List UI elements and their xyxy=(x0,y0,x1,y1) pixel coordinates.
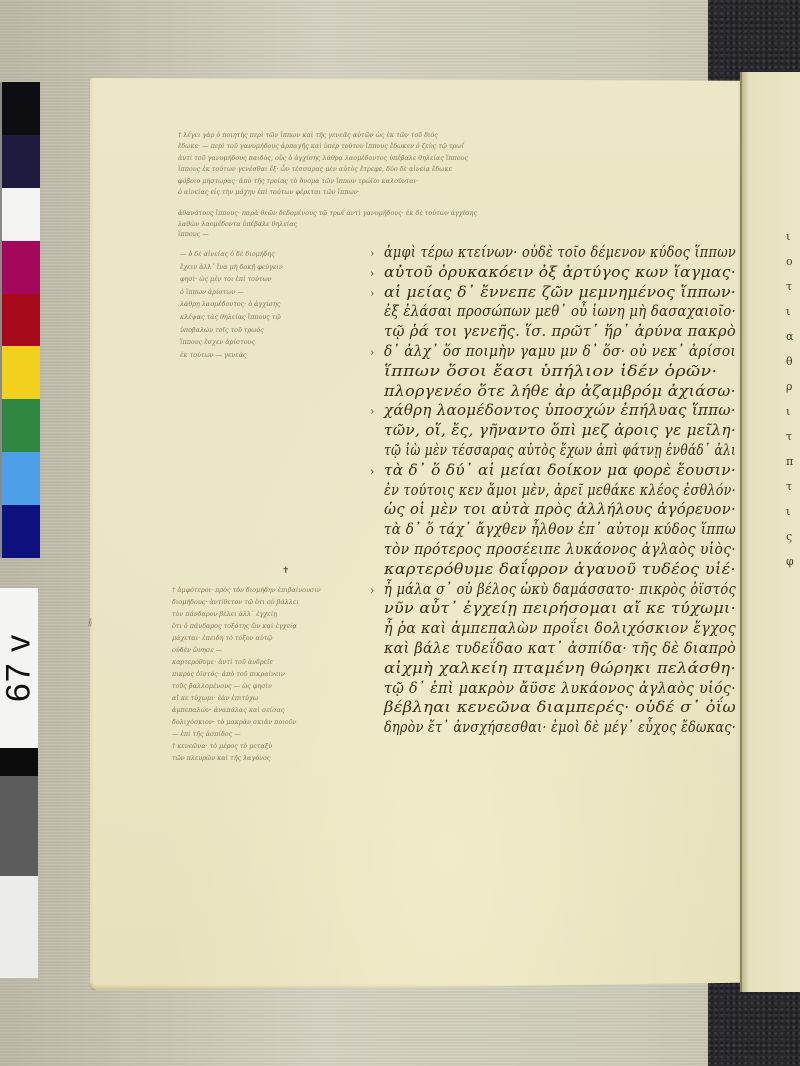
facing-char: ι xyxy=(786,305,794,318)
facing-char: ς xyxy=(786,530,794,543)
margin-note: ᾗ xyxy=(88,620,92,627)
scholia-line: ἀθανάτους ἵππους· παρὰ θεῶν δεδομένους τ… xyxy=(178,208,723,219)
scholia-line: ὁ ἵππων ἀρίστων — xyxy=(180,286,360,299)
text-line: ›αὐτοῦ ὀρυκακόειν ὀξ ἀρτύγος κων ἵαγμας· xyxy=(372,264,752,284)
scholia-line: ὅτι ὁ πάνδαρος τοξότης ὢν καὶ ἐγχείᾳ xyxy=(172,620,352,632)
text-line-content: ἦ ῥα καὶ ἀμπεπαλὼν προΐει δολιχόσκιον ἔγ… xyxy=(384,620,736,640)
scholia-line: λάθρῃ λαομέδοντος· ὁ ἀγχίσης xyxy=(180,298,360,311)
scholia-line: δολιχόσκιον· τὸ μακρὰν σκιὰν ποιοῦν xyxy=(172,716,352,728)
text-line-content: τῷ ἰὼ μὲν τέσσαρας αὐτὸς ἔχων ἀπὶ φάτνῃ … xyxy=(384,442,736,462)
swatch-red xyxy=(2,294,40,347)
text-line: τὸν πρότερος προσέειπε λυκάονος ἀγλαὸς υ… xyxy=(372,541,752,561)
gray-patch-black xyxy=(0,748,38,776)
text-line-content: καρτερόθυμε δαΐφρον ἀγαυοῦ τυδέος υἱέ· xyxy=(384,561,736,581)
scholia-line: αἴ κε τύχωμι· ἐὰν ἐπιτύχω xyxy=(172,692,352,704)
text-line: πλοργενέο ὅτε λήθε ἀρ ἀζαμβρόμ ἀχιάσω· xyxy=(372,383,752,403)
diple-marker-icon: › xyxy=(370,581,375,601)
facing-char: π xyxy=(786,455,794,468)
scholia-line: ἵππους ἐκ τούτων γενέσθαι ἕξ· ὧν τέσσαρα… xyxy=(178,164,723,175)
scholia-line: διομήδους· ἀντίθετον τῷ ὅτι οὐ βάλλει xyxy=(172,596,352,608)
scholia-line: καρτερόθυμε· ἀντὶ τοῦ ἀνδρεῖε xyxy=(172,656,352,668)
swatch-black xyxy=(2,82,40,135)
text-line: τῷ δ᾽ ἐπὶ μακρὸν ἄϋσε λυκάονος ἀγλαὸς υἱ… xyxy=(372,680,752,700)
swatch-green xyxy=(2,399,40,452)
text-line-content: βέβληαι κενεῶνα διαμπερές· οὐδέ σ᾽ ὀΐω xyxy=(384,699,736,719)
text-line-content: αὐτοῦ ὀρυκακόειν ὀξ ἀρτύγος κων ἵαγμας· xyxy=(384,264,736,284)
scholia-line: — ὁ δὲ αἰνείας ὁ δὲ διομήδης xyxy=(180,248,360,261)
scholia-top-continuation: ἀθανάτους ἵππους· παρὰ θεῶν δεδομένους τ… xyxy=(178,208,723,240)
scholia-line: — ἐπὶ τῆς ἀσπίδος — xyxy=(172,728,352,740)
text-line-content: τὰ δ᾽ ὅ τάχ᾽ ἄγχθεν ἦλθον ἐπ᾽ αὐτομ κύδο… xyxy=(384,521,736,541)
text-line: τῷ ἰὼ μὲν τέσσαρας αὐτὸς ἔχων ἀπὶ φάτνῃ … xyxy=(372,442,752,462)
scholia-line: † κενεῶνα· τὸ μέρος τὸ μεταξὺ xyxy=(172,740,352,752)
swatch-navy xyxy=(2,505,40,558)
text-line-content: ἐν τούτοις κεν ἄμοι μὲν, ἀρεῖ μεθάκε κλέ… xyxy=(384,482,736,502)
swatch-yellow xyxy=(2,346,40,399)
scholia-line: † λέγει γὰρ ὁ ποιητὴς περὶ τῶν ἵππων καὶ… xyxy=(178,130,723,141)
text-line-content: καὶ βάλε τυδεΐδαο κατ᾽ ἀσπίδα· τῆς δὲ δι… xyxy=(384,640,736,660)
text-line: βέβληαι κενεῶνα διαμπερές· οὐδέ σ᾽ ὀΐω xyxy=(372,699,752,719)
scholia-line: οὐδὲν ὤνησε — xyxy=(172,644,352,656)
facing-char: ο xyxy=(786,255,794,268)
text-line: ›ἦ μάλα σ᾽ οὐ βέλος ὠκὺ δαμάσσατο· πικρὸ… xyxy=(372,581,752,601)
scholia-line: † ἀμφότεροι· πρὸς τὸν διομήδην ἐπιβαίνου… xyxy=(172,584,352,596)
scholia-line: ἵππους ἔσχεν ἀρίστους xyxy=(180,336,360,349)
diple-marker-icon: › xyxy=(370,244,375,264)
facing-char: τ xyxy=(786,480,794,493)
diple-marker-icon: › xyxy=(370,402,375,422)
text-line-content: τῷ ῥά τοι γενεῆς. ἵσ. πρῶτ᾽ ἥρ᾽ ἀρύνα πα… xyxy=(384,323,736,343)
diple-marker-icon: › xyxy=(370,343,375,363)
text-line: καὶ βάλε τυδεΐδαο κατ᾽ ἀσπίδα· τῆς δὲ δι… xyxy=(372,640,752,660)
scholia-line: κλέψας τὰς θηλείας ἵππους τῷ xyxy=(180,311,360,324)
text-line-content: ἦ μάλα σ᾽ οὐ βέλος ὠκὺ δαμάσσατο· πικρὸς… xyxy=(384,581,736,601)
facing-char: θ xyxy=(786,355,794,368)
text-line: καρτερόθυμε δαΐφρον ἀγαυοῦ τυδέος υἱέ· xyxy=(372,561,752,581)
text-line-content: αἱ μείας δ᾽ ἔννεπε ζῶν μεμνημένος ἵππων· xyxy=(384,284,736,304)
diple-marker-icon: › xyxy=(370,462,375,482)
scholia-line: ἔδωκε· — περὶ τοῦ γανυμήδους ἁρπαγῆς καὶ… xyxy=(178,141,723,152)
text-line-content: νῦν αὖτ᾽ ἐγχείῃ πειρήσομαι αἴ κε τύχωμι· xyxy=(384,600,736,620)
text-line-content: τὰ δ᾽ ὅ δύ᾽ αἰ μείαι δοίκον μα φορὲ ἔουσ… xyxy=(384,462,736,482)
scholia-line: ἵππους — xyxy=(178,229,723,240)
scholia-line: μάχεται· ἐπειδὴ τὸ τόξον αὐτῷ xyxy=(172,632,352,644)
scholia-line: φησὶ· ὡς μέν τοι ἐπὶ τούτων xyxy=(180,273,360,286)
text-line-content: αἰχμὴ χαλκείη πταμένη θώρηκι πελάσθη· xyxy=(384,660,736,680)
swatch-magenta xyxy=(2,241,40,294)
facing-char: τ xyxy=(786,280,794,293)
text-line: ἐξ ἐλάσαι προσώπων μεθ᾽ οὖ ἰωνη μὴ δασαχ… xyxy=(372,303,752,323)
facing-char: ι xyxy=(786,505,794,518)
scholia-line: τῶν πλευρῶν καὶ τῆς λαγόνος xyxy=(172,752,352,764)
scholia-left-upper: — ὁ δὲ αἰνείας ὁ δὲ διομήδηςἔχειν ἀλλ᾽ ἵ… xyxy=(180,248,360,361)
text-line: ›τὰ δ᾽ ὅ δύ᾽ αἰ μείαι δοίκον μα φορὲ ἔου… xyxy=(372,462,752,482)
text-line-content: ἐξ ἐλάσαι προσώπων μεθ᾽ οὖ ἰωνη μὴ δασαχ… xyxy=(384,303,736,323)
text-line: ὡς οἱ μὲν τοι αὐτὰ πρὸς ἀλλήλους ἀγόρευο… xyxy=(372,501,752,521)
scholia-line: τοὺς βαλλομένους — ὡς φησὶν xyxy=(172,680,352,692)
scholia-line: ἐκ τούτων — γενεάς xyxy=(180,349,360,362)
text-line: ›αἱ μείας δ᾽ ἔννεπε ζῶν μεμνημένος ἵππων… xyxy=(372,284,752,304)
folio-number: 67 v xyxy=(0,634,39,702)
diple-marker-icon: › xyxy=(370,264,375,284)
scholia-top: † λέγει γὰρ ὁ ποιητὴς περὶ τῶν ἵππων καὶ… xyxy=(178,130,723,198)
folio-label-strip: 67 v xyxy=(0,588,38,978)
text-line: τῶν, οἵ, ἔς, γῆναντο ὅπὶ μεζ ἀροις γε με… xyxy=(372,422,752,442)
text-line-content: δηρὸν ἔτ᾽ ἀνσχήσεσθαι· ἐμοὶ δὲ μέγ᾽ εὖχο… xyxy=(384,719,736,739)
facing-char: ι xyxy=(786,405,794,418)
facing-char: ρ xyxy=(786,380,794,393)
text-line: τῷ ῥά τοι γενεῆς. ἵσ. πρῶτ᾽ ἥρ᾽ ἀρύνα πα… xyxy=(372,323,752,343)
text-line-content: χάθρη λαομέδοντος ὑποσχών ἐπήλυας ἵππω· xyxy=(384,402,736,422)
facing-char: φ xyxy=(786,555,794,568)
text-line-content: πλοργενέο ὅτε λήθε ἀρ ἀζαμβρόμ ἀχιάσω· xyxy=(384,383,736,403)
scholia-line: τὸν πάνδαρον βέλει ἀλλ᾽ ἐγχείῃ xyxy=(172,608,352,620)
text-line: ›χάθρη λαομέδοντος ὑποσχών ἐπήλυας ἵππω· xyxy=(372,402,752,422)
diple-marker-icon: › xyxy=(370,284,375,304)
scholia-left-lower: † ἀμφότεροι· πρὸς τὸν διομήδην ἐπιβαίνου… xyxy=(172,584,352,764)
scholia-line: λαθὼν λαομέδοντα ὑπέβαλε θηλείας xyxy=(178,219,723,230)
scholia-line: ἔχειν ἀλλ᾽ ἵνα μὴ δοκῇ φεύγειν xyxy=(180,261,360,274)
facing-char: τ xyxy=(786,430,794,443)
cross-mark-icon: ✝ xyxy=(282,566,290,576)
text-line: αἰχμὴ χαλκείη πταμένη θώρηκι πελάσθη· xyxy=(372,660,752,680)
text-line-content: ἀμφὶ τέρω κτείνων· οὐδὲ τοῖο δέμενον κύδ… xyxy=(384,244,736,264)
facing-char: α xyxy=(786,330,794,343)
facing-char: ι xyxy=(786,230,794,243)
scholia-line: φόβοιο μήστωρας· ἀπὸ τῆς τροίας τὸ ὄνομα… xyxy=(178,176,723,187)
text-line-content: τῶν, οἵ, ἔς, γῆναντο ὅπὶ μεζ ἀροις γε με… xyxy=(384,422,736,442)
scholia-line: ἀμπεπαλών· ἀναπάλας καὶ σείσας xyxy=(172,704,352,716)
text-line-content: ἵππων ὅσοι ἔασι ὑπήλιον ἱδέν ὁρῶν· xyxy=(384,363,717,383)
text-line-content: ὡς οἱ μὲν τοι αὐτὰ πρὸς ἀλλήλους ἀγόρευο… xyxy=(384,501,736,521)
text-line: δηρὸν ἔτ᾽ ἀνσχήσεσθαι· ἐμοὶ δὲ μέγ᾽ εὖχο… xyxy=(372,719,752,739)
scholia-line: ὑποβαλών τοῖς τοῦ τρωός xyxy=(180,324,360,337)
text-line: ἦ ῥα καὶ ἀμπεπαλὼν προΐει δολιχόσκιον ἔγ… xyxy=(372,620,752,640)
text-line: νῦν αὖτ᾽ ἐγχείῃ πειρήσομαι αἴ κε τύχωμι· xyxy=(372,600,752,620)
text-line: ἵππων ὅσοι ἔασι ὑπήλιον ἱδέν ὁρῶν· xyxy=(372,363,752,383)
text-line-content: τὸν πρότερος προσέειπε λυκάονος ἀγλαὸς υ… xyxy=(384,541,736,561)
color-calibration-strip xyxy=(0,82,40,558)
text-line: ›ἀμφὶ τέρω κτείνων· οὐδὲ τοῖο δέμενον κύ… xyxy=(372,244,752,264)
swatch-cyan-blue xyxy=(2,452,40,505)
swatch-white xyxy=(2,188,40,241)
scholia-line: ὁ αἰνείας εἰς τὴν μάχην ἐπὶ τούτων φέρετ… xyxy=(178,187,723,198)
text-line: ἐν τούτοις κεν ἄμοι μὲν, ἀρεῖ μεθάκε κλέ… xyxy=(372,482,752,502)
text-line: τὰ δ᾽ ὅ τάχ᾽ ἄγχθεν ἦλθον ἐπ᾽ αὐτομ κύδο… xyxy=(372,521,752,541)
swatch-dark-violet xyxy=(2,135,40,188)
facing-page-text: ιοτιαθριτπτιςφ xyxy=(786,230,794,568)
text-line-content: τῷ δ᾽ ἐπὶ μακρὸν ἄϋσε λυκάονος ἀγλαὸς υἱ… xyxy=(384,680,736,700)
scholia-line: ἀντὶ τοῦ γανυμήδους παιδὸς, οὓς ὁ ἀγχίση… xyxy=(178,153,723,164)
folio-label: 67 v xyxy=(0,588,38,748)
gray-patch-white xyxy=(0,876,38,978)
gray-patch-mid xyxy=(0,776,38,876)
main-text-block: ›ἀμφὶ τέρω κτείνων· οὐδὲ τοῖο δέμενον κύ… xyxy=(372,244,752,739)
text-line-content: δ᾽ ἀλχ᾽ ὅσ ποιμὴν γαμυ μν δ᾽ ὅσ· οὐ νεκ᾽… xyxy=(384,343,736,363)
text-line: ›δ᾽ ἀλχ᾽ ὅσ ποιμὴν γαμυ μν δ᾽ ὅσ· οὐ νεκ… xyxy=(372,343,752,363)
scholia-line: πικρὸς ὀϊστός· ἀπὸ τοῦ πικραίνειν xyxy=(172,668,352,680)
